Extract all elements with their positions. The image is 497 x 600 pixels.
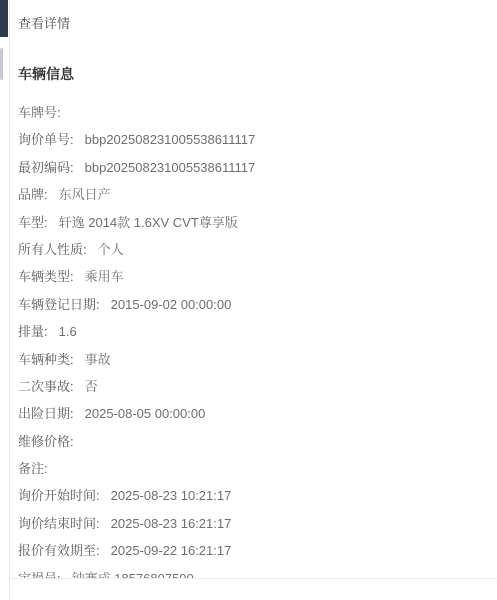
field-value: 2025-09-22 16:21:17 [111,543,232,558]
field-value: 2025-08-05 00:00:00 [85,406,206,421]
field-label: 出险日期: [18,406,74,421]
field-row: 排量:1.6 [18,318,497,345]
bottom-blank-area [10,579,497,600]
field-row: 最初编码:bbp202508231005538611117 [18,154,497,181]
field-row: 所有人性质:个人 [18,236,497,263]
field-label: 备注: [18,461,48,476]
field-row: 维修价格: [18,428,497,455]
field-label: 车辆登记日期: [18,297,100,312]
field-label: 询价单号: [18,132,74,147]
field-row: 报价有效期至:2025-09-22 16:21:17 [18,537,497,564]
field-row: 车辆类型:乘用车 [18,263,497,290]
field-label: 询价开始时间: [18,488,100,503]
window-corner-fragment [0,0,8,37]
field-value: 2025-08-23 10:21:17 [111,488,232,503]
field-value: 东风日产 [59,187,111,202]
field-label: 报价有效期至: [18,543,100,558]
field-row: 车辆种类:事故 [18,346,497,373]
field-label: 车型: [18,215,48,230]
field-row: 询价结束时间:2025-08-23 16:21:17 [18,510,497,537]
field-label: 车辆类型: [18,269,74,284]
field-row: 询价开始时间:2025-08-23 10:21:17 [18,482,497,509]
vehicle-detail-panel: 查看详情 车辆信息 车牌号:询价单号:bbp202508231005538611… [0,0,497,600]
field-label: 二次事故: [18,379,74,394]
field-row: 备注: [18,455,497,482]
field-label: 维修价格: [18,434,74,449]
section-title-vehicle-info: 车辆信息 [18,64,74,84]
field-value: bbp202508231005538611117 [85,160,256,175]
field-label: 车牌号: [18,105,61,120]
scrollbar-thumb-fragment[interactable] [0,48,3,80]
panel-left-border [9,0,10,600]
field-label: 询价结束时间: [18,516,100,531]
vehicle-info-field-list: 车牌号:询价单号:bbp202508231005538611117最初编码:bb… [18,99,497,592]
field-row: 询价单号:bbp202508231005538611117 [18,126,497,153]
field-value: 事故 [85,352,111,367]
field-value: 乘用车 [85,269,124,284]
field-label: 所有人性质: [18,242,87,257]
field-row: 出险日期:2025-08-05 00:00:00 [18,400,497,427]
field-value: 轩逸 2014款 1.6XV CVT尊享版 [59,215,238,230]
field-value: 个人 [98,242,124,257]
field-label: 排量: [18,324,48,339]
field-value: bbp202508231005538611117 [85,132,256,147]
field-value: 1.6 [59,324,77,339]
field-value: 否 [85,379,98,394]
field-label: 品牌: [18,187,48,202]
field-row: 车辆登记日期:2015-09-02 00:00:00 [18,291,497,318]
field-value: 2025-08-23 16:21:17 [111,516,232,531]
field-row: 车牌号: [18,99,497,126]
field-row: 二次事故:否 [18,373,497,400]
field-row: 品牌:东风日产 [18,181,497,208]
field-label: 最初编码: [18,160,74,175]
field-value: 2015-09-02 00:00:00 [111,297,232,312]
field-label: 车辆种类: [18,352,74,367]
page-title: 查看详情 [18,13,70,32]
field-row: 车型:轩逸 2014款 1.6XV CVT尊享版 [18,209,497,236]
